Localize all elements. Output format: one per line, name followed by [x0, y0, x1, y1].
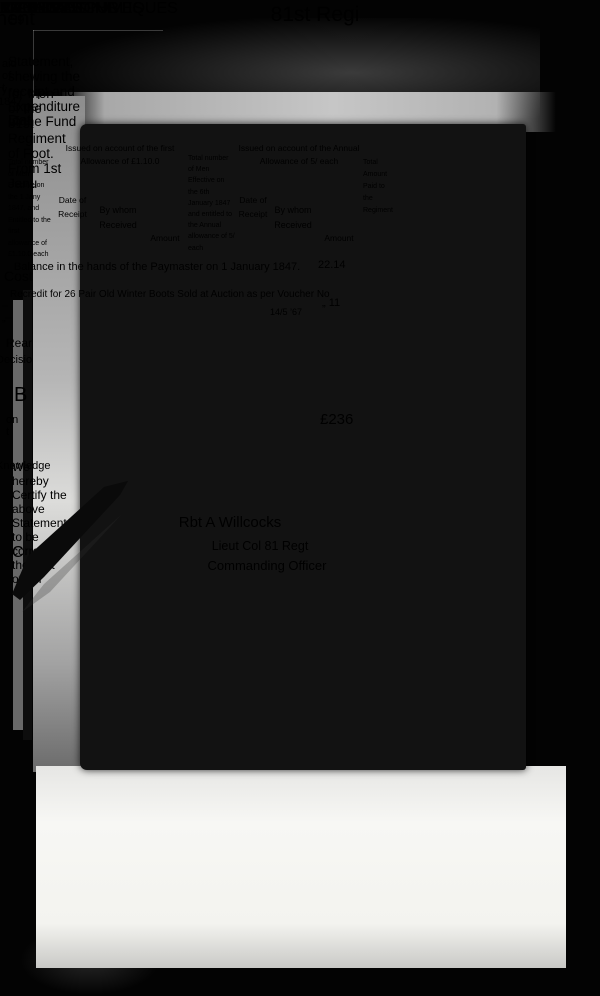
canada-label: CANADA [0, 0, 67, 18]
pointer-arrow-body [12, 481, 128, 600]
pointer-arrow [0, 0, 600, 996]
microfilm-frame: TIGHT BINDING nent aid of t ry 1847. Dat… [0, 0, 600, 996]
